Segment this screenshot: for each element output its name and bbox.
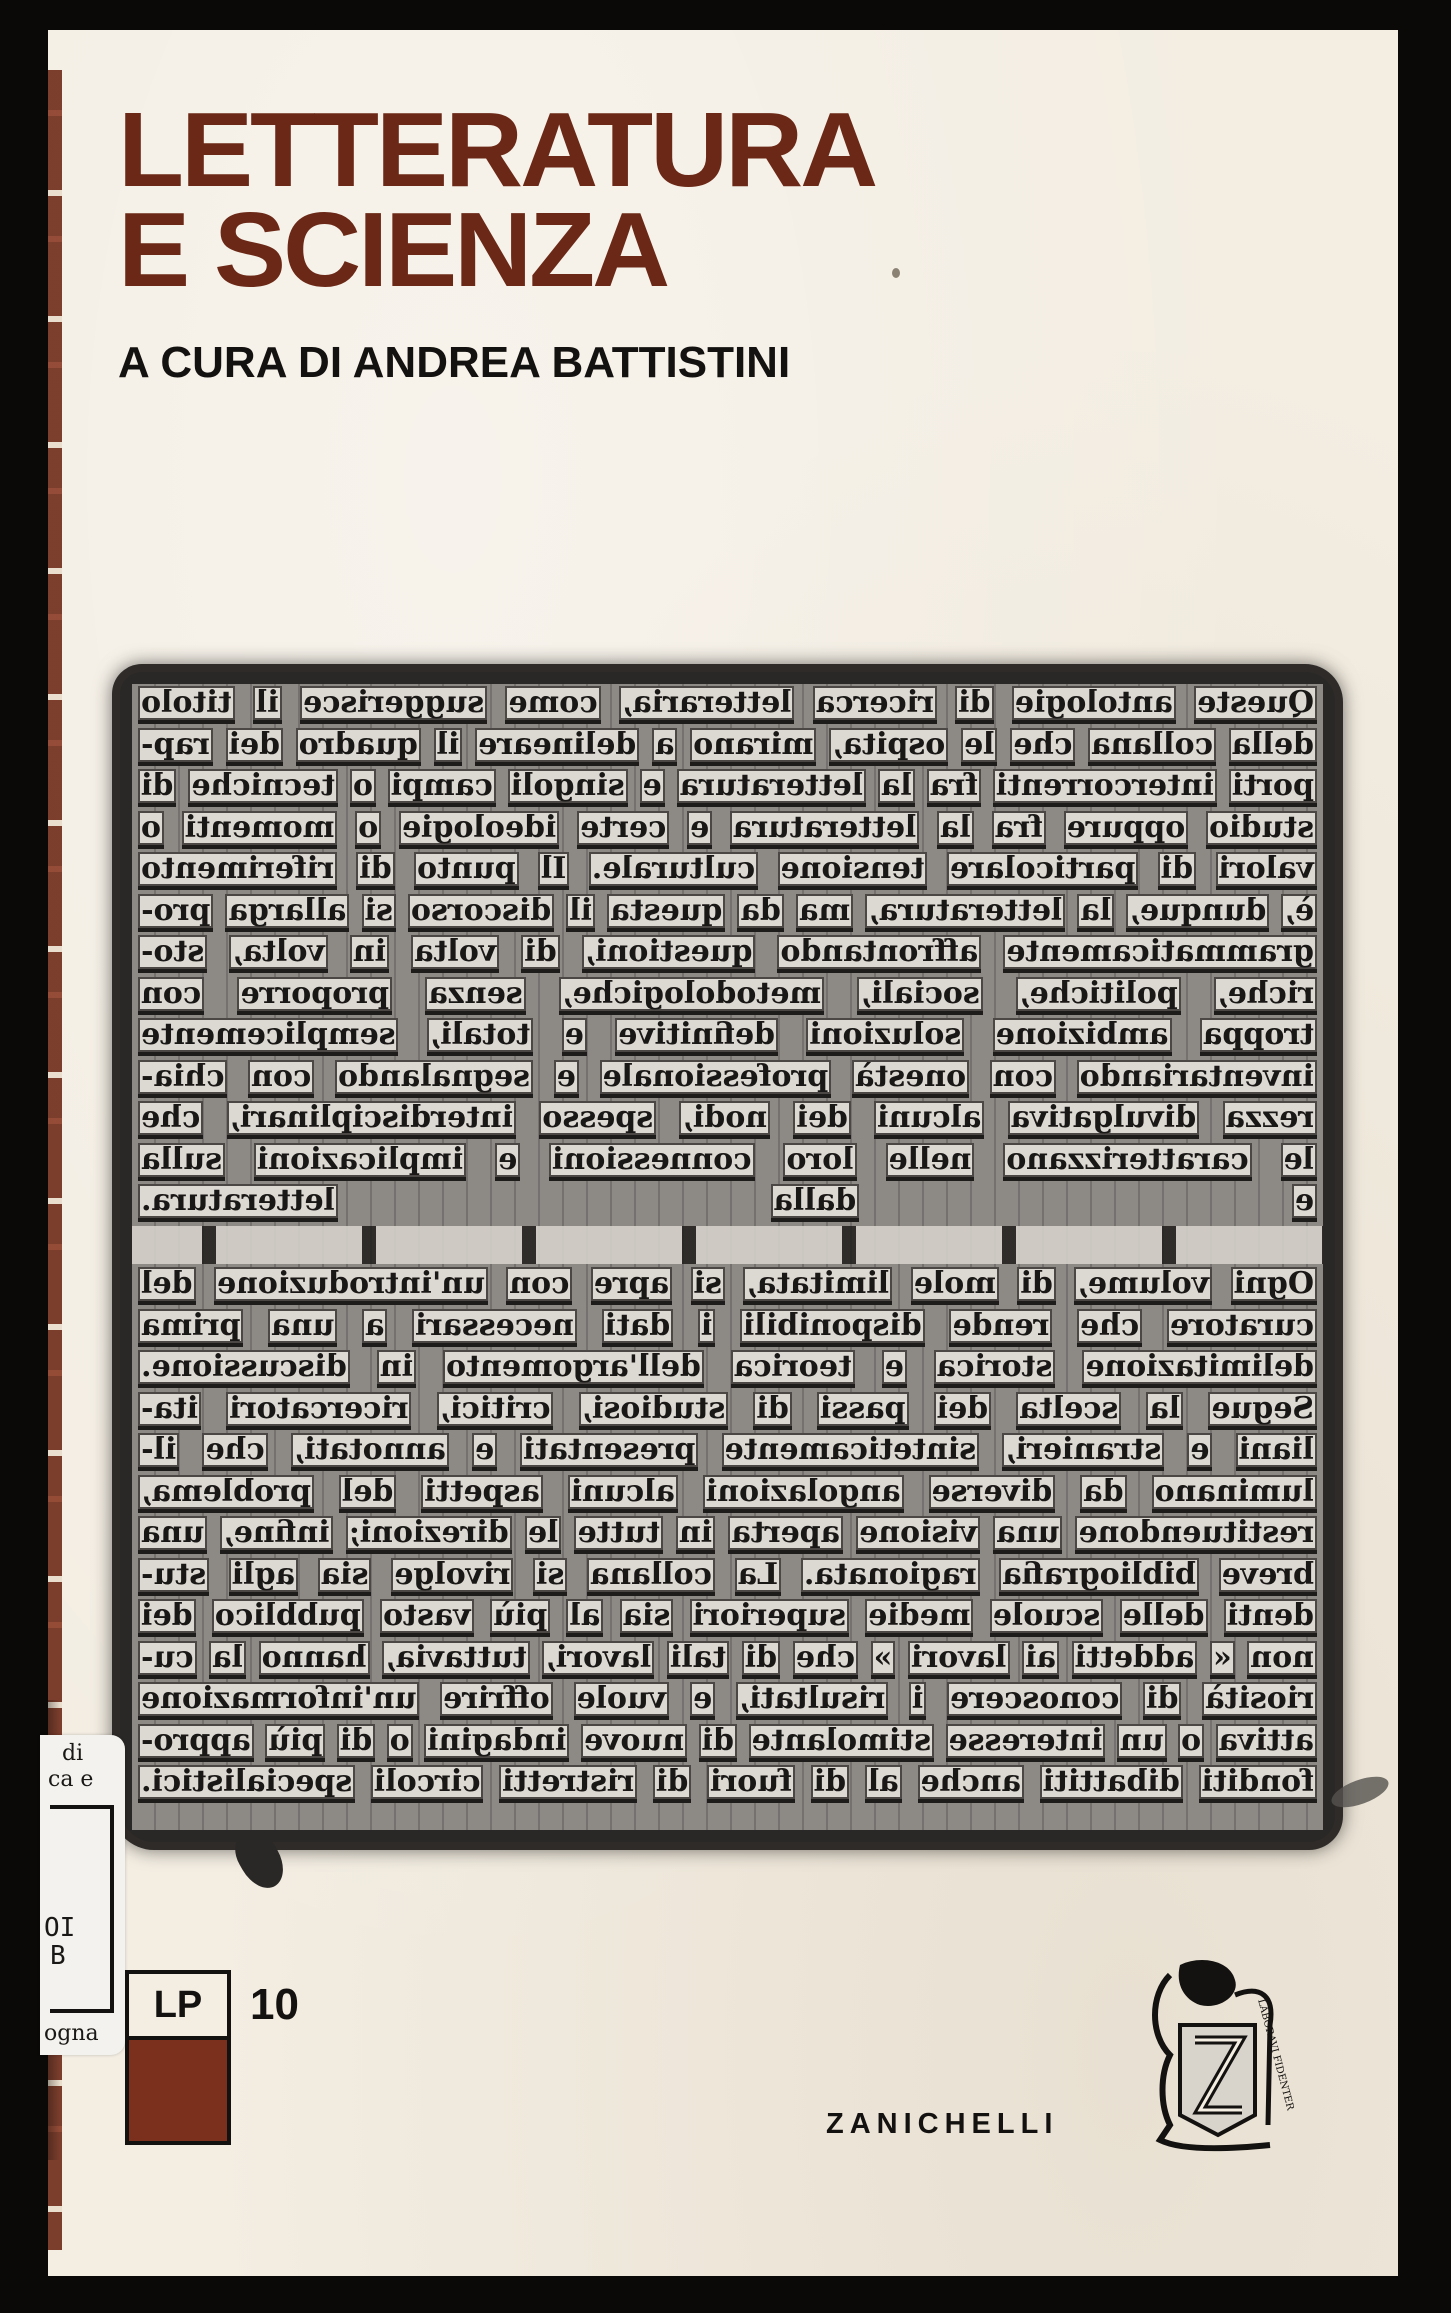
paper-spot xyxy=(892,268,900,278)
type-line: studiooppurefralaletteraturaecerteideolo… xyxy=(132,811,1323,849)
type-word: scuole xyxy=(990,1599,1103,1637)
type-word: tensione xyxy=(778,852,928,890)
type-word: un xyxy=(1117,1724,1167,1762)
type-word: La xyxy=(735,1558,782,1596)
type-word: i xyxy=(698,1309,715,1347)
type-word: momenti xyxy=(182,811,338,849)
type-word: metodologiche, xyxy=(559,977,824,1015)
type-line: riche,politiche,sociali,metodologiche,se… xyxy=(132,977,1323,1015)
type-word: soluzioni xyxy=(806,1018,964,1056)
type-word: Il xyxy=(538,852,569,890)
type-word: la xyxy=(878,769,915,807)
type-word: e xyxy=(472,1433,497,1471)
type-word: passi xyxy=(817,1392,909,1430)
sticker-line: di xyxy=(62,1741,83,1766)
type-word: sia xyxy=(620,1599,674,1637)
type-word: fra xyxy=(927,769,981,807)
type-word: nelle xyxy=(886,1143,975,1181)
type-line: restituendoneunavisioneapertaintutteledi… xyxy=(132,1516,1323,1554)
type-word: volume, xyxy=(1074,1267,1212,1305)
type-word: sociali, xyxy=(858,977,983,1015)
type-word: di xyxy=(521,935,559,973)
type-word: direzioni; xyxy=(346,1516,512,1554)
type-word: implicazioni xyxy=(254,1143,466,1181)
type-word: teorica xyxy=(731,1350,855,1388)
type-word: professionale xyxy=(600,1060,832,1098)
type-word: volta, xyxy=(229,935,328,973)
type-word: questioni, xyxy=(582,935,756,973)
metal-type-block-image: Questeantologiediricercaletteraria,comes… xyxy=(120,672,1335,1842)
type-word: letteratura. xyxy=(138,1184,338,1222)
type-word: e xyxy=(640,769,665,807)
type-word: breve xyxy=(1219,1558,1317,1596)
type-line: grammaticamenteaffrontandoquestioni,divo… xyxy=(132,935,1323,973)
type-word: del xyxy=(138,1267,195,1305)
type-word: al xyxy=(865,1765,902,1803)
type-word: discorso xyxy=(408,894,554,932)
type-word: di xyxy=(1158,852,1196,890)
type-line: portiintercorrentifralaletteraturaesingo… xyxy=(132,769,1323,807)
type-word: riosità xyxy=(1202,1682,1317,1720)
type-word: affrontando xyxy=(777,935,981,973)
type-word: ospita, xyxy=(829,728,948,766)
type-word: segnalando xyxy=(335,1060,533,1098)
type-word: » xyxy=(871,1641,896,1679)
type-line: lecaratterizzanonelleloroconnessionieimp… xyxy=(132,1143,1323,1181)
type-word: sto- xyxy=(138,935,207,973)
type-word: rap- xyxy=(138,728,213,766)
type-word: ma xyxy=(796,894,853,932)
type-word: il- xyxy=(138,1433,179,1471)
type-word: tali xyxy=(667,1641,729,1679)
library-sticker: di ca e OI B ogna xyxy=(40,1735,125,2055)
type-word: di xyxy=(699,1724,737,1762)
type-line: fonditidibattitianchealdifuoridiristrett… xyxy=(132,1765,1323,1803)
type-word: un'informazione xyxy=(138,1682,419,1720)
type-line: rezzadivulgativaalcunideinodi,spessointe… xyxy=(132,1101,1323,1139)
type-word: che xyxy=(1010,728,1075,766)
type-word: pubblico xyxy=(212,1599,364,1637)
type-word: spesso xyxy=(539,1101,656,1139)
type-word: ricercatori xyxy=(226,1392,411,1430)
type-word: che xyxy=(793,1641,858,1679)
type-word: o xyxy=(138,811,164,849)
type-word: definitive xyxy=(615,1018,778,1056)
type-word: medie xyxy=(865,1599,973,1637)
type-word: di xyxy=(1017,1267,1055,1305)
type-word: politiche, xyxy=(1016,977,1181,1015)
type-word: indagini xyxy=(424,1724,569,1762)
type-line: brevebibliografiaragionata.Lacollanasiri… xyxy=(132,1558,1323,1596)
type-word: denti xyxy=(1224,1599,1317,1637)
type-word: più xyxy=(265,1724,325,1762)
title-line-1: LETTERATURA xyxy=(118,100,875,200)
type-word: riferimento xyxy=(138,852,337,890)
type-line: attivaouninteressestimolantedinuoveindag… xyxy=(132,1724,1323,1762)
type-line: non«addettiailavori»cheditalilavori,tutt… xyxy=(132,1641,1323,1679)
type-word: di xyxy=(337,1724,375,1762)
type-word: di xyxy=(753,1392,791,1430)
type-word: sinteticamente xyxy=(722,1433,980,1471)
type-word: letteratura xyxy=(730,811,919,849)
type-word: senza xyxy=(425,977,525,1015)
type-word: Segue xyxy=(1208,1392,1317,1430)
type-word: o xyxy=(350,769,376,807)
type-word: disponibili xyxy=(740,1309,925,1347)
type-word: curatore xyxy=(1167,1309,1317,1347)
type-word: si xyxy=(533,1558,567,1596)
type-word: delimitazione xyxy=(1082,1350,1317,1388)
type-word: certe xyxy=(577,811,669,849)
type-line: lianiestranieri,sinteticamentepresentati… xyxy=(132,1433,1323,1471)
type-word: studio xyxy=(1206,811,1317,849)
type-line: edallaletteratura. xyxy=(132,1184,1323,1222)
type-word: valori xyxy=(1216,852,1317,890)
type-word: necessari xyxy=(412,1309,577,1347)
type-word: e xyxy=(1187,1433,1212,1471)
type-word: con xyxy=(990,1060,1056,1098)
type-word: aspetti xyxy=(421,1475,543,1513)
type-word: una xyxy=(268,1309,337,1347)
type-word: il xyxy=(253,686,282,724)
type-word: con xyxy=(138,977,204,1015)
type-line: luminanodadiverseangolazionialcuniaspett… xyxy=(132,1475,1323,1513)
type-word: la xyxy=(209,1641,246,1679)
type-word: o xyxy=(355,811,381,849)
type-word: fra xyxy=(992,811,1046,849)
type-word: dell'argomento xyxy=(443,1350,704,1388)
type-word: collana xyxy=(1088,728,1216,766)
type-word: dunque, xyxy=(1126,894,1269,932)
type-lines-container: Questeantologiediricercaletteraria,comes… xyxy=(132,684,1323,1830)
type-word: del xyxy=(339,1475,396,1513)
type-word: vasto xyxy=(380,1599,474,1637)
type-word: tecniche xyxy=(188,769,338,807)
type-line: Ognivolume,dimolelimitata,siapreconun'in… xyxy=(132,1267,1323,1305)
type-word: visione xyxy=(856,1516,980,1554)
type-word: che xyxy=(1077,1309,1142,1347)
type-word: anche xyxy=(918,1765,1024,1803)
type-word: proporre xyxy=(238,977,392,1015)
type-word: interdisciplinari, xyxy=(227,1101,517,1139)
type-word: letteratura xyxy=(677,769,866,807)
type-word: questa xyxy=(607,894,725,932)
type-line: è,dunque,laletteratura,madaquestaildisco… xyxy=(132,894,1323,932)
series-number: 10 xyxy=(250,1980,299,2030)
type-word: che xyxy=(138,1101,203,1139)
type-word: pro- xyxy=(138,894,213,932)
sticker-code: OI xyxy=(44,1913,75,1943)
type-word: ita- xyxy=(138,1392,201,1430)
type-word: lavori, xyxy=(542,1641,654,1679)
type-word: Queste xyxy=(1194,686,1317,724)
type-word: lavori xyxy=(908,1641,1009,1679)
type-word: « xyxy=(1210,1641,1235,1679)
type-word: totali, xyxy=(427,1018,533,1056)
type-word: onestà xyxy=(852,1060,969,1098)
type-word: inventariando xyxy=(1077,1060,1317,1098)
type-word: di xyxy=(811,1765,849,1803)
type-word: presentati xyxy=(520,1433,698,1471)
type-word: risultati, xyxy=(736,1682,888,1720)
type-word: dati xyxy=(602,1309,674,1347)
type-word: nodi, xyxy=(679,1101,770,1139)
type-word: nuove xyxy=(581,1724,687,1762)
type-word: annotati, xyxy=(291,1433,449,1471)
type-word: cu- xyxy=(138,1641,197,1679)
type-word: il xyxy=(434,728,463,766)
type-word: dei xyxy=(226,728,283,766)
editor-credit: A CURA DI ANDREA BATTISTINI xyxy=(118,338,790,388)
type-word: studiosi, xyxy=(579,1392,729,1430)
type-line: curatorecherendedisponibiliidatinecessar… xyxy=(132,1309,1323,1347)
series-color-block xyxy=(125,2036,231,2145)
type-word: offrire xyxy=(440,1682,553,1720)
type-word: di xyxy=(1143,1682,1181,1720)
type-word: circoli xyxy=(371,1765,484,1803)
type-word: tutte xyxy=(574,1516,662,1554)
type-word: di xyxy=(742,1641,780,1679)
type-word: particolare xyxy=(947,852,1138,890)
type-word: porti xyxy=(1229,769,1317,807)
title-line-2: E SCIENZA xyxy=(118,200,875,300)
type-word: un'introduzione xyxy=(214,1267,488,1305)
type-word: stranieri, xyxy=(1002,1433,1164,1471)
type-word: la xyxy=(937,811,974,849)
series-code-box: LP xyxy=(125,1970,231,2036)
type-word: delle xyxy=(1120,1599,1208,1637)
type-word: luminano xyxy=(1152,1475,1317,1513)
type-word: prima xyxy=(138,1309,243,1347)
type-word: letteratura, xyxy=(865,894,1065,932)
type-line: Seguelasceltadeipassidistudiosi,critici,… xyxy=(132,1392,1323,1430)
type-word: alcuni xyxy=(568,1475,678,1513)
type-word: vuole xyxy=(574,1682,670,1720)
type-word: la xyxy=(1146,1392,1183,1430)
type-word: diverse xyxy=(929,1475,1056,1513)
type-spacer-row xyxy=(132,1226,1323,1264)
type-word: infine, xyxy=(220,1516,332,1554)
type-word: angolazioni xyxy=(703,1475,904,1513)
type-word: ai xyxy=(1022,1641,1059,1679)
type-word: sulla xyxy=(138,1143,225,1181)
type-word: in xyxy=(350,935,389,973)
type-word: e xyxy=(687,811,712,849)
type-word: divulgativa xyxy=(1008,1101,1200,1139)
type-word: dei xyxy=(793,1101,850,1139)
type-word: storica xyxy=(934,1350,1056,1388)
type-word: ideologie xyxy=(399,811,559,849)
type-word: rivolge xyxy=(391,1558,513,1596)
zanichelli-crest-icon: LABORAVI FIDENTER xyxy=(1140,1955,1300,2165)
type-word: rende xyxy=(949,1309,1052,1347)
type-word: stimolante xyxy=(749,1724,935,1762)
type-word: alcuni xyxy=(874,1101,984,1139)
type-word: liani xyxy=(1236,1433,1317,1471)
type-word: troppa xyxy=(1200,1018,1317,1056)
type-word: la xyxy=(1077,894,1114,932)
type-word: o xyxy=(387,1724,413,1762)
type-word: di xyxy=(138,769,176,807)
type-word: chia- xyxy=(138,1060,227,1098)
type-word: limitata, xyxy=(743,1267,892,1305)
type-line: dellacollanacheleospita,miranoadelineare… xyxy=(132,728,1323,766)
publisher-name: ZANICHELLI xyxy=(826,2108,1058,2141)
type-word: ragionata. xyxy=(801,1558,980,1596)
type-word: mirano xyxy=(690,728,816,766)
type-word: le xyxy=(525,1516,561,1554)
type-word: riche, xyxy=(1214,977,1317,1015)
type-line: troppaambizionesoluzionidefinitiveetotal… xyxy=(132,1018,1323,1056)
type-word: bibliografia xyxy=(999,1558,1199,1596)
type-word: e xyxy=(495,1143,520,1181)
type-word: apre xyxy=(591,1267,672,1305)
type-word: come xyxy=(505,686,600,724)
type-word: singoli xyxy=(508,769,628,807)
type-word: semplicemente xyxy=(138,1018,398,1056)
type-word: in xyxy=(676,1516,715,1554)
type-word: conoscere xyxy=(947,1682,1122,1720)
type-word: fonditi xyxy=(1199,1765,1317,1803)
type-word: aperta xyxy=(728,1516,843,1554)
type-word: e xyxy=(882,1350,907,1388)
type-word: le xyxy=(1281,1143,1317,1181)
type-word: volta xyxy=(411,935,499,973)
type-word: le xyxy=(961,728,997,766)
type-word: più xyxy=(490,1599,550,1637)
type-word: dibattiti xyxy=(1040,1765,1183,1803)
sticker-line: ogna xyxy=(44,2021,99,2046)
type-word: una xyxy=(138,1516,207,1554)
type-word: hanno xyxy=(259,1641,370,1679)
type-word: suggerisce xyxy=(300,686,487,724)
type-word: il xyxy=(566,894,595,932)
type-word: restituendone xyxy=(1076,1516,1318,1554)
type-word: della xyxy=(1229,728,1317,766)
type-word: scelta xyxy=(1016,1392,1121,1430)
type-word: campi xyxy=(388,769,496,807)
svg-text:LABORAVI FIDENTER: LABORAVI FIDENTER xyxy=(1255,1998,1295,2112)
type-line: dentidellescuolemediesuperiorisiaalpiùva… xyxy=(132,1599,1323,1637)
type-word: caratterizzano xyxy=(1003,1143,1251,1181)
type-word: è, xyxy=(1281,894,1317,932)
type-word: culturale. xyxy=(589,852,758,890)
type-word: e xyxy=(554,1060,579,1098)
type-word: dalla xyxy=(771,1184,860,1222)
sticker-code: B xyxy=(50,1941,66,1971)
type-word: da xyxy=(1080,1475,1126,1513)
type-word: e xyxy=(1292,1184,1317,1222)
type-line: inventariandocononestàprofessionaleesegn… xyxy=(132,1060,1323,1098)
type-word: con xyxy=(506,1267,572,1305)
type-word: e xyxy=(562,1018,587,1056)
type-word: dei xyxy=(138,1599,195,1637)
type-word: superiori xyxy=(690,1599,849,1637)
type-word: al xyxy=(567,1599,604,1637)
type-word: una xyxy=(993,1516,1062,1554)
type-word: che xyxy=(202,1433,267,1471)
type-word: specialistici. xyxy=(138,1765,355,1803)
type-line: Questeantologiediricercaletteraria,comes… xyxy=(132,686,1323,724)
type-word: punto xyxy=(414,852,518,890)
type-word: a xyxy=(362,1309,387,1347)
type-word: attiva xyxy=(1216,1724,1317,1762)
type-word: dei xyxy=(934,1392,991,1430)
type-word: con xyxy=(248,1060,314,1098)
type-word: letteraria, xyxy=(619,686,795,724)
type-word: e xyxy=(690,1682,715,1720)
type-word: addetti xyxy=(1072,1641,1198,1679)
type-word: critici, xyxy=(437,1392,554,1430)
type-word: grammaticamente xyxy=(1003,935,1317,973)
type-word: si xyxy=(691,1267,725,1305)
type-word: allarga xyxy=(226,894,350,932)
sticker-line: ca e xyxy=(48,1767,93,1792)
type-word: appro- xyxy=(138,1724,254,1762)
type-word: si xyxy=(362,894,396,932)
type-word: interesse xyxy=(946,1724,1106,1762)
type-word: di xyxy=(955,686,993,724)
type-word: fuori xyxy=(707,1765,795,1803)
type-word: mole xyxy=(911,1267,999,1305)
type-word: problema, xyxy=(138,1475,314,1513)
type-word: discussione. xyxy=(138,1350,350,1388)
type-word: di xyxy=(653,1765,691,1803)
type-word: da xyxy=(738,894,784,932)
type-word: a xyxy=(652,728,677,766)
type-line: delimitazionestoricaeteoricadell'argomen… xyxy=(132,1350,1323,1388)
type-word: collana xyxy=(587,1558,715,1596)
type-word: sia xyxy=(318,1558,372,1596)
type-word: ricerca xyxy=(813,686,937,724)
type-word: quadro xyxy=(296,728,421,766)
type-word: loro xyxy=(783,1143,856,1181)
type-line: riositàdiconoscereirisultati,evuoleoffri… xyxy=(132,1682,1323,1720)
type-line: valoridiparticolaretensioneculturale.Ilp… xyxy=(132,852,1323,890)
type-word: oppure xyxy=(1064,811,1189,849)
type-word: tuttavia, xyxy=(382,1641,530,1679)
type-word: delineare xyxy=(475,728,639,766)
sticker-frame xyxy=(50,1805,114,2013)
type-word: ristretti xyxy=(499,1765,637,1803)
type-word: di xyxy=(356,852,394,890)
type-word: stu- xyxy=(138,1558,209,1596)
type-word: rezza xyxy=(1223,1101,1317,1139)
type-word: in xyxy=(377,1350,416,1388)
type-word: agli xyxy=(229,1558,298,1596)
type-word: ambizione xyxy=(993,1018,1172,1056)
type-word: i xyxy=(909,1682,926,1720)
book-title: LETTERATURA E SCIENZA xyxy=(118,100,875,300)
type-word: antologie xyxy=(1012,686,1176,724)
type-word: titolo xyxy=(138,686,235,724)
type-word: intercorrenti xyxy=(993,769,1217,807)
type-word: Ogni xyxy=(1231,1267,1317,1305)
type-word: connessioni xyxy=(549,1143,754,1181)
type-word: non xyxy=(1247,1641,1317,1679)
type-word: o xyxy=(1178,1724,1204,1762)
